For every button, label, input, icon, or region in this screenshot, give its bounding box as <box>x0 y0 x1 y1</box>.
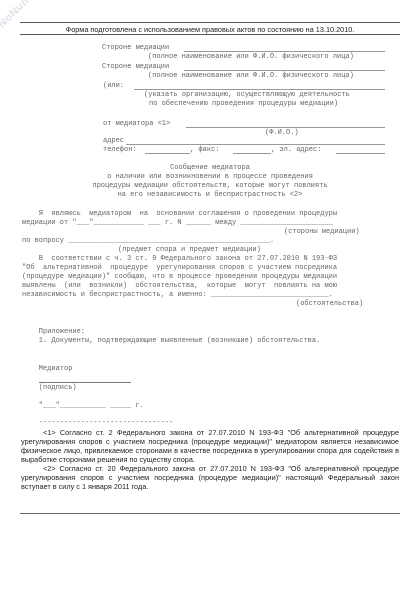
document-title-2: о наличии или возникновении в процессе п… <box>0 173 420 181</box>
form-notice: Форма подготовлена с использованием прав… <box>0 25 420 34</box>
footer-rule <box>20 513 400 514</box>
party1-label: Стороне медиации <box>102 44 169 52</box>
footnote-2: <2> Согласно ст. 20 Федерального закона … <box>21 464 399 491</box>
organization-hint-2: по обеспечению проведения процедуры меди… <box>149 100 338 108</box>
header-top-rule <box>20 22 400 23</box>
document-title-4: на его независимость и беспристрастность… <box>0 191 420 199</box>
phone-field[interactable] <box>145 153 190 154</box>
fax-field[interactable] <box>233 153 271 154</box>
party2-hint: (полное наименование или Ф.И.О. физическ… <box>148 72 354 80</box>
mediator-name-field[interactable] <box>186 127 385 128</box>
email-label: , эл. адрес: <box>271 146 321 154</box>
attachment-item-1: 1. Документы, подтверждающие выявленные … <box>22 337 320 345</box>
law-line-1: В соответствии с ч. 3 ст. 9 Федерального… <box>22 255 337 263</box>
law-line-3: (процедуре медиации)" сообщаю, что в про… <box>22 273 337 281</box>
signature-hint: (подпись) <box>22 384 77 392</box>
law-line-4: выявлены (или возникли) обстоятельства, … <box>22 282 337 290</box>
organization-hint-1: (указать организацию, осуществляющую дея… <box>144 91 350 99</box>
address-field[interactable] <box>126 144 385 145</box>
attachments-label: Приложение: <box>22 328 85 336</box>
organization-field[interactable] <box>134 89 385 90</box>
document-title-1: Сообщение медиатора <box>0 164 420 172</box>
footnote-1: <1> Согласно ст. 2 Федерального закона о… <box>21 428 399 464</box>
phone-label: телефон: <box>103 146 137 154</box>
signer-role: Медиатор <box>22 365 72 373</box>
party2-field[interactable] <box>184 70 385 71</box>
fio-hint: (Ф.И.О.) <box>265 129 299 137</box>
party1-field[interactable] <box>184 51 385 52</box>
header-bottom-rule <box>20 34 400 35</box>
document-title-3: процедуры медиации обстоятельств, которы… <box>0 182 420 190</box>
agreement-line-1: Я являюсь медиатором на основании соглаш… <box>22 210 337 218</box>
subject-line: по вопросу _____________________________… <box>22 237 274 245</box>
address-label: адрес <box>103 137 124 145</box>
or-label: (или: <box>103 82 124 90</box>
parties-hint: (стороны медиации) <box>284 228 360 236</box>
signature-field[interactable] <box>39 382 131 383</box>
email-field[interactable] <box>336 153 385 154</box>
law-line-2: "Об альтернативной процедуре урегулирова… <box>22 264 337 272</box>
circumstances-hint: (обстоятельства) <box>296 300 363 308</box>
party1-hint: (полное наименование или Ф.И.О. физическ… <box>148 53 354 61</box>
signature-date: "___"___________ _____ г. <box>22 402 144 410</box>
agreement-line-2: медиации от "___"____________ ___ г. N _… <box>22 219 333 227</box>
law-line-5: независимость и беспристрастность, а име… <box>22 291 333 299</box>
from-mediator-label: от медиатора <1> <box>103 120 170 128</box>
fax-label: , факс: <box>190 146 219 154</box>
party2-label: Стороне медиации <box>102 63 169 71</box>
footnote-separator: -------------------------------- <box>22 419 173 427</box>
subject-hint: (предмет спора и предмет медиации) <box>118 246 261 254</box>
